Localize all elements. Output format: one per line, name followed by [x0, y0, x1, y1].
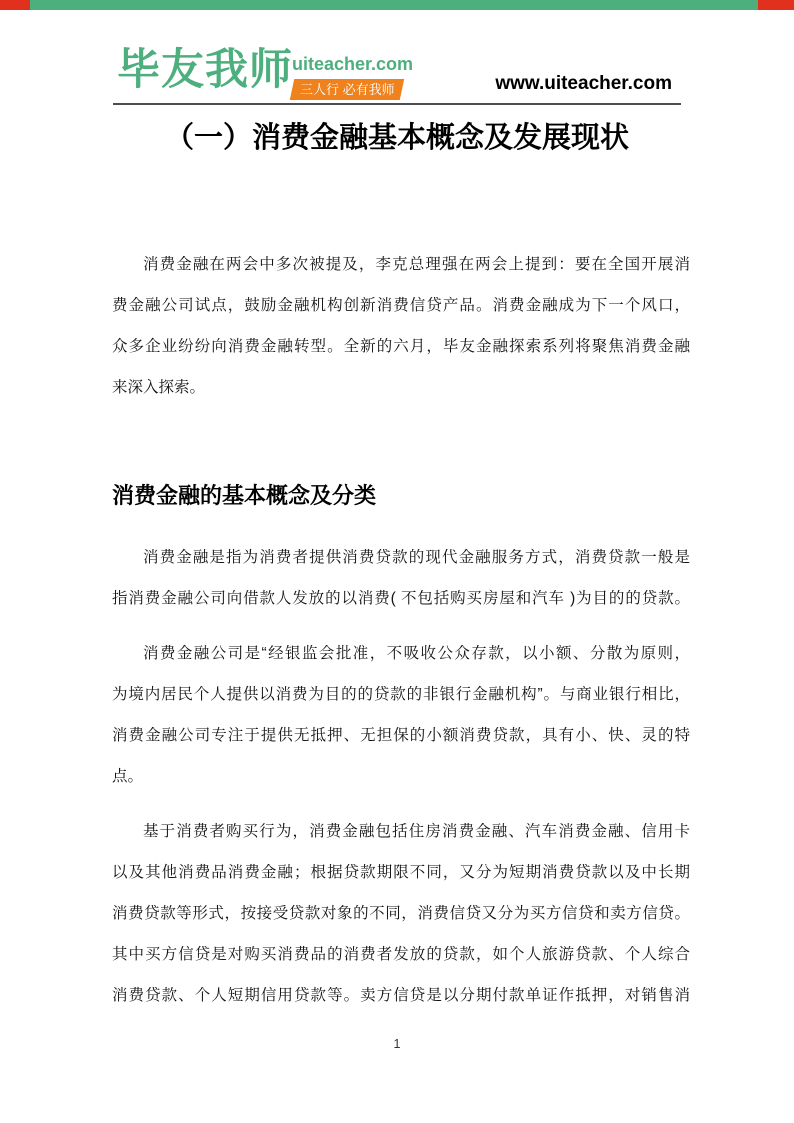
paragraph: 消费金融是指为消费者提供消费贷款的现代金融服务方式，消费贷款一般是指消费金融公司…	[112, 537, 690, 619]
header-divider	[113, 103, 681, 105]
text-line: 消费金融在两会中多次被提及，李克总理强在两会上提到：要在全国开展消	[112, 244, 690, 285]
document-page: 毕友我师 uiteacher.com 三人行 必有我师 www.uiteache…	[0, 0, 794, 1123]
text-line: 消费金融公司专注于提供无抵押、无担保的小额消费贷款，具有小、快、灵的特	[112, 715, 690, 756]
paragraph: 消费金融在两会中多次被提及，李克总理强在两会上提到：要在全国开展消费金融公司试点…	[112, 244, 690, 408]
text-line: 来深入探索。	[112, 367, 690, 408]
text-line: 基于消费者购买行为，消费金融包括住房消费金融、汽车消费金融、信用卡	[112, 811, 690, 852]
accent-bar-red-right	[758, 0, 794, 10]
text-line: 消费金融公司是“经银监会批准，不吸收公众存款，以小额、分散为原则，	[112, 633, 690, 674]
page-number: 1	[0, 1036, 794, 1052]
text-line: 消费贷款、个人短期信用贷款等。卖方信贷是以分期付款单证作抵押，对销售消	[112, 975, 690, 1016]
accent-bar-green	[30, 0, 758, 10]
website-url: www.uiteacher.com	[380, 72, 672, 96]
paragraph: 基于消费者购买行为，消费金融包括住房消费金融、汽车消费金融、信用卡以及其他消费品…	[112, 811, 690, 1016]
paragraph: 消费金融公司是“经银监会批准，不吸收公众存款，以小额、分散为原则，为境内居民个人…	[112, 633, 690, 797]
text-line: 指消费金融公司向借款人发放的以消费( 不包括购买房屋和汽车 )为目的的贷款。	[112, 578, 690, 619]
text-line: 为境内居民个人提供以消费为目的的贷款的非银行金融机构”。与商业银行相比，	[112, 674, 690, 715]
text-line: 费金融公司试点，鼓励金融机构创新消费信贷产品。消费金融成为下一个风口，	[112, 285, 690, 326]
logo-domain-text: uiteacher.com	[292, 54, 413, 74]
text-line: 消费金融是指为消费者提供消费贷款的现代金融服务方式，消费贷款一般是	[112, 537, 690, 578]
text-line: 消费贷款等形式，按接受贷款对象的不同，消费信贷又分为买方信贷和卖方信贷。	[112, 893, 690, 934]
accent-bar-red-left	[0, 0, 30, 10]
text-line: 点。	[112, 756, 690, 797]
page-title: （一）消费金融基本概念及发展现状	[57, 118, 737, 158]
text-line: 以及其他消费品消费金融；根据贷款期限不同，又分为短期消费贷款以及中长期	[112, 852, 690, 893]
section-heading: 消费金融的基本概念及分类	[112, 481, 376, 511]
top-accent-bar	[0, 0, 794, 10]
text-line: 众多企业纷纷向消费金融转型。全新的六月，毕友金融探索系列将聚焦消费金融	[112, 326, 690, 367]
text-line: 其中买方信贷是对购买消费品的消费者发放的贷款，如个人旅游贷款、个人综合	[112, 934, 690, 975]
logo-text: 毕友我师	[117, 44, 293, 96]
